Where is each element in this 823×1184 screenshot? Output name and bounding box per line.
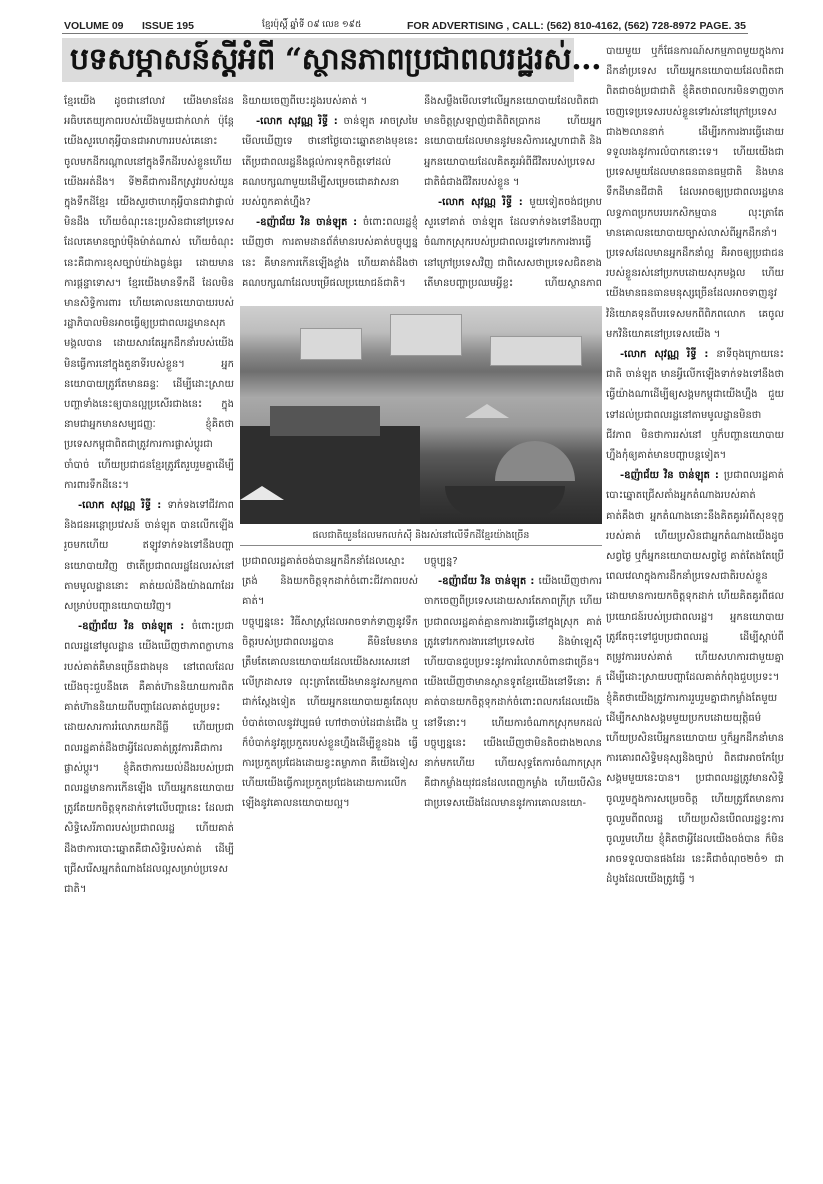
article-paragraph: បច្ចុប្បន្ននេះ វិធីសាស្ត្រដែលអាចទាក់ទាញន… <box>242 613 418 815</box>
speaker-label: -ឧញ៉ាជ័យ វិន ចាន់ឡុត : <box>78 621 192 632</box>
article-paragraph: ខ្មែរយើង ដូចជានៅលាវ យើងមានដែនអធិបតេយ្យភា… <box>64 92 234 496</box>
paragraph-text: ចំពោះពលរដ្ឋខ្ញុំឃើញថា ការតាមដានព័ត៌មានរប… <box>242 550 418 607</box>
paragraph-text: បច្ចុប្បន្ននេះ វិធីសាស្ត្រដែលអាចទាក់ទាញន… <box>242 617 418 810</box>
paragraph-text: ចំពោះប្រជាពលរដ្ឋនៅមូលដ្ឋាន យើងឃើញថាភាពក្… <box>64 621 234 895</box>
advertising-contact: FOR ADVERTISING , CALL: (562) 810-4162, … <box>407 20 696 32</box>
paragraph-text: យើងឃើញថាការចាកចេញពីប្រទេសដោយសារតែភាពក្រី… <box>424 576 602 809</box>
issue-label: ISSUE 195 <box>142 20 194 32</box>
page-number: PAGE. 35 <box>700 20 747 32</box>
article-column-4: បាយមួយ ឬក៏ផែនការណ៍សកម្មភាពមួយក្នុងការដឹក… <box>606 42 784 1092</box>
paragraph-text: នាទីចុងក្រោយនេះ ជាតិ ចាន់ឡុត មានអ្វីលើកឡ… <box>606 349 784 461</box>
paragraph-text: នឹងសម្លឹងមើលទៅលើអ្នកនយោបាយដែលពិតជាមានចិត… <box>424 96 602 188</box>
paragraph-text: និយាយចេញពីបេះដូងរបស់គាត់ ។ <box>242 96 367 107</box>
article-title-bar: បទសម្ភាសន៍ស្ដីអំពី “ស្ថានភាពប្រជាពលរដ្ឋរ… <box>62 38 574 82</box>
article-paragraph: -លោក សុវណ្ណ រិទ្ធី : មួយទៀតចង់ជម្រាបសួរទ… <box>424 193 602 292</box>
article-paragraph: បាយមួយ ឬក៏ផែនការណ៍សកម្មភាពមួយក្នុងការដឹក… <box>606 42 784 345</box>
paragraph-text: បាយមួយ ឬក៏ផែនការណ៍សកម្មភាពមួយក្នុងការដឹក… <box>606 46 784 340</box>
article-paragraph: -លោក សុវណ្ណ រិទ្ធី : ទាក់ទងទៅជីវភាពនិងជន… <box>64 496 234 617</box>
article-paragraph: -ឧញ៉ាជ័យ វិន ចាន់ឡុត : យើងឃើញថាការចាកចេញ… <box>424 572 602 814</box>
speaker-label: -លោក សុវណ្ណ រិទ្ធី : <box>438 197 529 208</box>
paragraph-text: មួយទៀតចង់ជម្រាបសួរទៅគាត់ ចាន់ឡុត ដែលទាក់… <box>424 550 602 567</box>
paragraph-text: ចំពោះពលរដ្ឋខ្ញុំឃើញថា ការតាមដានព័ត៌មានរប… <box>242 217 418 292</box>
article-paragraph: -លោក សុវណ្ណ រិទ្ធី : មួយទៀតចង់ជម្រាបសួរទ… <box>424 550 602 572</box>
speaker-label: -លោក សុវណ្ណ រិទ្ធី : <box>620 349 716 360</box>
article-title: បទសម្ភាសន៍ស្ដីអំពី “ស្ថានភាពប្រជាពលរដ្ឋរ… <box>70 40 601 80</box>
khmer-issue-label: ខ្មែរប៉ុស្ដិ៍ ឆ្នាំទី ០៩ លេខ ១៩៥ <box>262 19 361 32</box>
article-paragraph: និយាយចេញពីបេះដូងរបស់គាត់ ។ <box>242 92 418 112</box>
paragraph-text: ទាក់ទងទៅជីវភាពនិងជនអន្តោប្រវេសន៍ ចាន់ឡុត… <box>64 500 234 612</box>
paragraph-text: ចាន់ឡុត អាចស្រមៃមើលឃើញទេ ថានៅថ្ងៃបោះឆ្នោ… <box>242 116 418 208</box>
speaker-label: -ឧញ៉ាជ័យ វិន ចាន់ឡុត : <box>620 470 724 481</box>
speaker-label: -ឧញ៉ាជ័យ វិន ចាន់ឡុត : <box>256 217 363 228</box>
article-paragraph: -ឧញ៉ាជ័យ វិន ចាន់ឡុត : ចំពោះពលរដ្ឋខ្ញុំឃ… <box>242 550 418 613</box>
article-paragraph: -លោក សុវណ្ណ រិទ្ធី : ចាន់ឡុត អាចស្រមៃមើល… <box>242 112 418 213</box>
page-header: VOLUME 09 ISSUE 195 ខ្មែរប៉ុស្ដិ៍ ឆ្នាំទ… <box>62 18 748 34</box>
article-paragraph: -ឧញ៉ាជ័យ វិន ចាន់ឡុត : ប្រជាពលរដ្ឋគាត់បោ… <box>606 466 784 890</box>
paragraph-text: ប្រជាពលរដ្ឋគាត់បោះឆ្នោតជ្រើសតាំងអ្នកតំណា… <box>606 470 784 885</box>
article-paragraph: នឹងសម្លឹងមើលទៅលើអ្នកនយោបាយដែលពិតជាមានចិត… <box>424 92 602 193</box>
speaker-label: -លោក សុវណ្ណ រិទ្ធី : <box>78 500 167 511</box>
speaker-label: -លោក សុវណ្ណ រិទ្ធី : <box>256 116 343 127</box>
volume-label: VOLUME 09 <box>64 20 124 32</box>
article-paragraph: -លោក សុវណ្ណ រិទ្ធី : នាទីចុងក្រោយនេះ ជាត… <box>606 345 784 466</box>
speaker-label: -ឧញ៉ាជ័យ វិន ចាន់ឡុត : <box>438 576 539 587</box>
paragraph-text: ខ្មែរយើង ដូចជានៅលាវ យើងមានដែនអធិបតេយ្យភា… <box>64 96 234 491</box>
paragraph-text: មួយទៀតចង់ជម្រាបសួរទៅគាត់ ចាន់ឡុត ដែលទាក់… <box>424 197 602 292</box>
article-paragraph: -ឧញ៉ាជ័យ វិន ចាន់ឡុត : ចំពោះពលរដ្ឋខ្ញុំឃ… <box>242 213 418 292</box>
article-column-2: និយាយចេញពីបេះដូងរបស់គាត់ ។-លោក សុវណ្ណ រិ… <box>242 92 418 1170</box>
photo-caption: ផលជាតិយួនដែលមកលក់ស៊ី និងរស់នៅលើទឹកដីខ្មែ… <box>240 527 602 546</box>
article-column-3: នឹងសម្លឹងមើលទៅលើអ្នកនយោបាយដែលពិតជាមានចិត… <box>424 92 602 1170</box>
article-paragraph: -ឧញ៉ាជ័យ វិន ចាន់ឡុត : ចំពោះប្រជាពលរដ្ឋន… <box>64 617 234 900</box>
article-column-1: ខ្មែរយើង ដូចជានៅលាវ យើងមានដែនអធិបតេយ្យភា… <box>64 92 234 1182</box>
floating-market-photo <box>240 306 602 524</box>
